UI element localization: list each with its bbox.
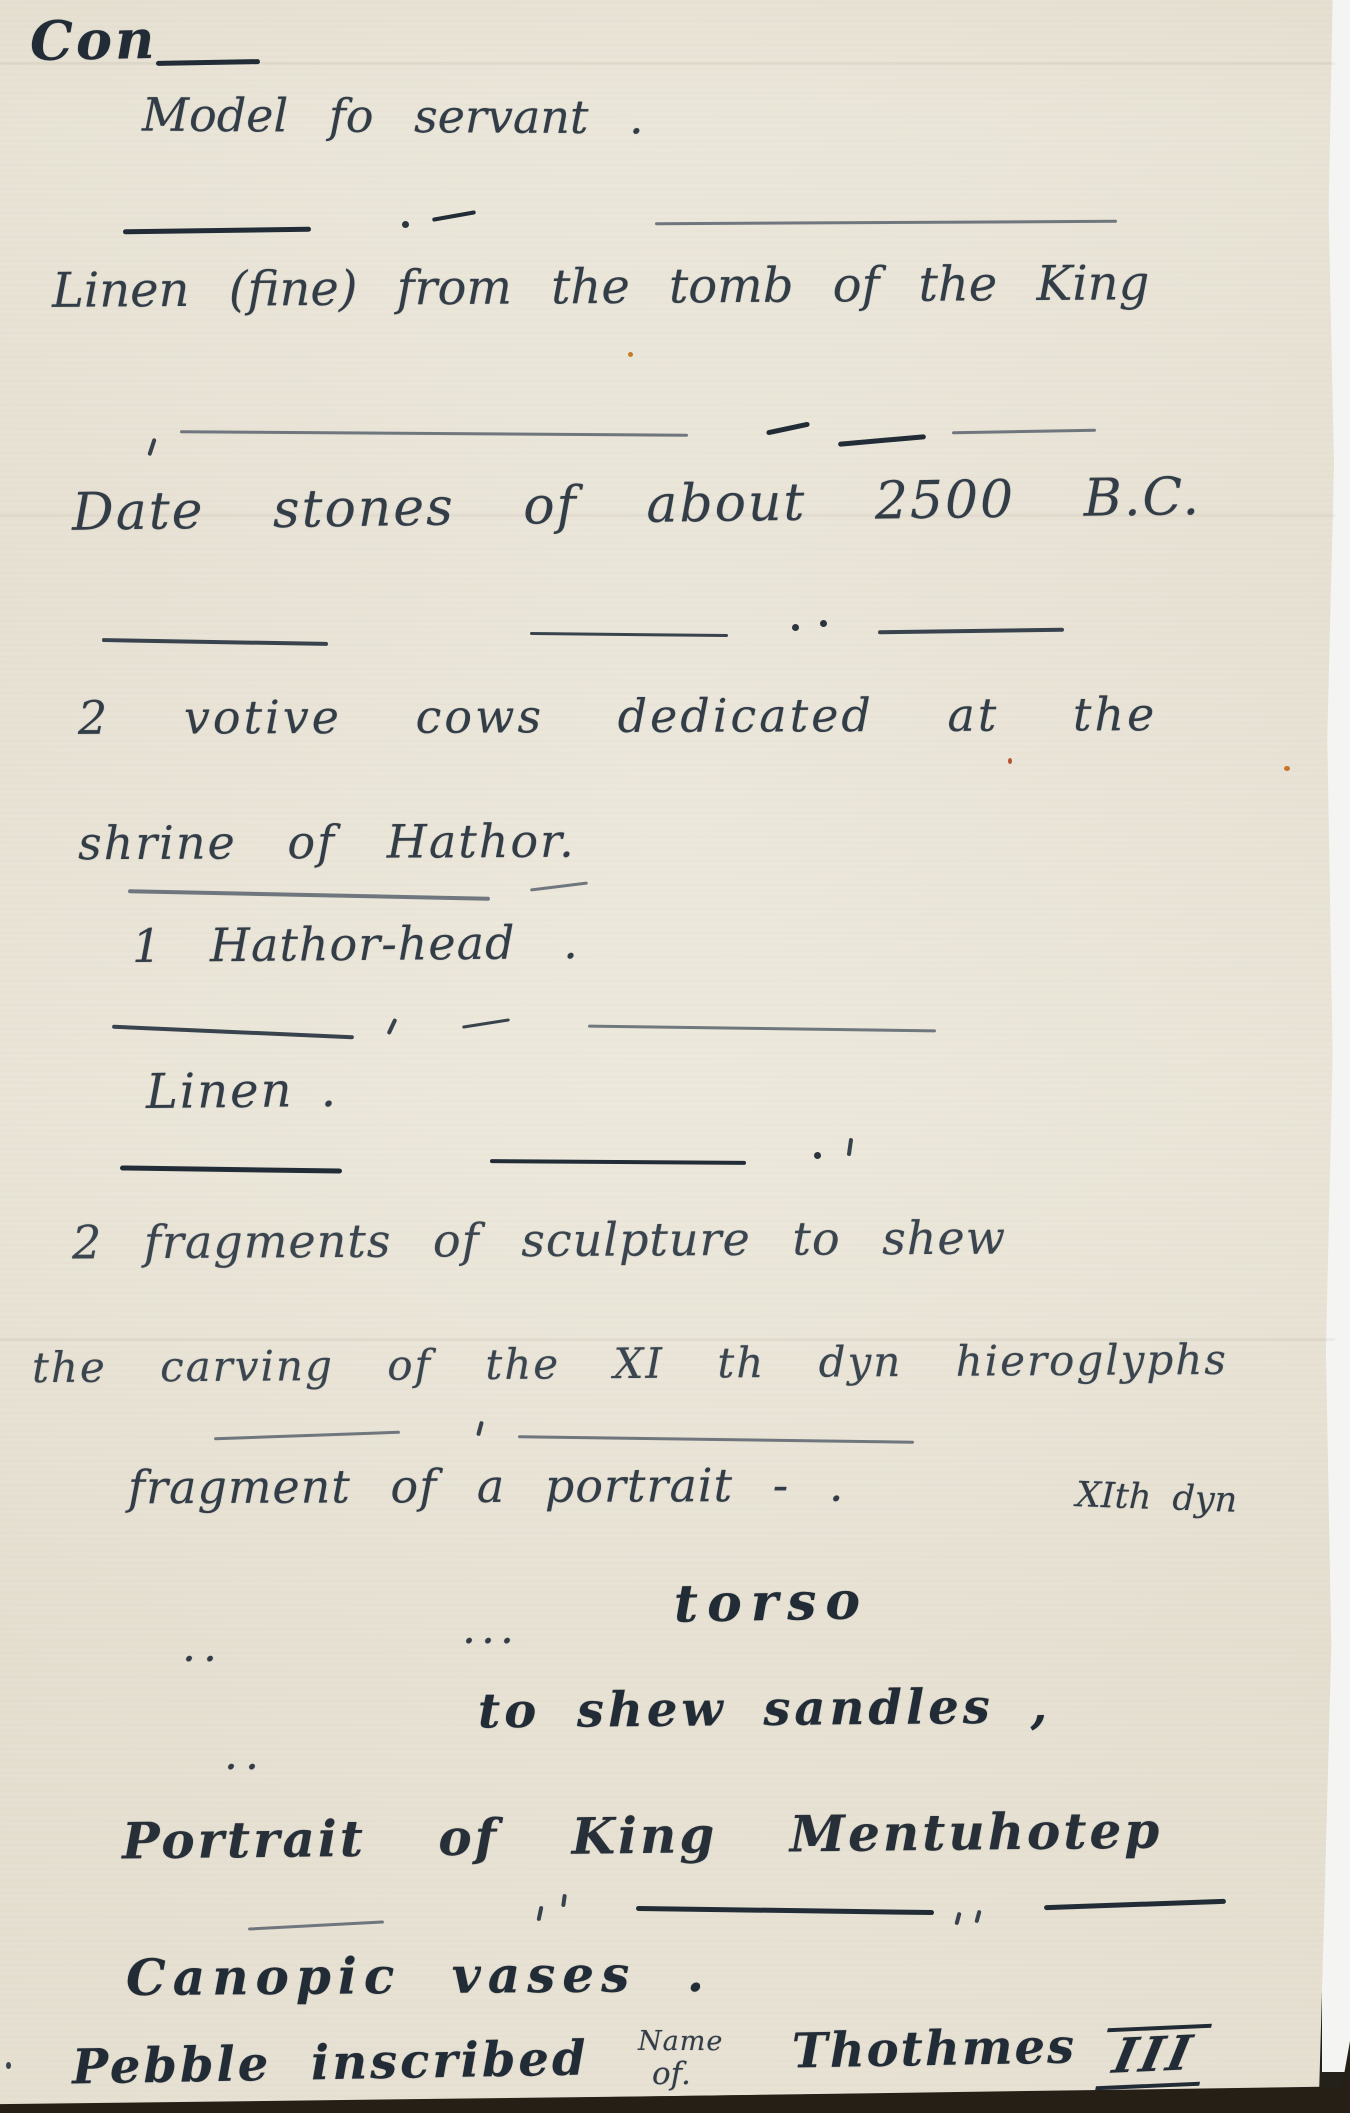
ditto-marks: .. — [224, 1732, 266, 1778]
ink-dot — [814, 1152, 821, 1159]
insert-name-text: Name — [638, 2028, 723, 2056]
ink-dot — [402, 221, 409, 228]
ditto-marks: .. — [182, 1624, 224, 1670]
line-pebble-inscribed: Pebble inscribed — [72, 2033, 589, 2092]
line-shew-sandles: to shew sandles , — [478, 1681, 1052, 1736]
line-votive-cows-2: shrine of Hathor. — [78, 817, 576, 868]
line-linen-fine: Linen (fine) from the tomb of the King — [52, 258, 1150, 316]
ink-speck — [6, 2062, 11, 2069]
scanned-note-page: Con Model fo servant . Linen (fine) from… — [0, 0, 1350, 2113]
line-thothmes: Thothmes — [792, 2022, 1077, 2077]
paper-speck — [1008, 758, 1012, 764]
line-portrait-king-mentuhotep: Portrait of King Mentuhotep — [122, 1805, 1163, 1868]
line-canopic-vases: Canopic vases . — [126, 1948, 711, 2005]
line-linen: Linen . — [146, 1065, 339, 1117]
line-portrait-fragment: fragment of a portrait - . — [128, 1461, 845, 1512]
line-fragments-2: the carving of the XI th dyn hieroglyphs — [32, 1338, 1228, 1390]
line-votive-cows-1: 2 votive cows dedicated at the — [78, 690, 1157, 742]
paper-speck — [1284, 766, 1290, 771]
ditto-marks: ... — [462, 1606, 519, 1652]
line-torso: torso — [674, 1574, 870, 1632]
ink-dot — [820, 620, 827, 627]
inserted-name-of-annotation: Name of. — [638, 2028, 723, 2091]
line-fragments-1: 2 fragments of sculpture to shew — [72, 1214, 1006, 1267]
line-model-servant: Model fo servant . — [142, 91, 644, 142]
line-hathor-head: 1 Hathor-head . — [132, 918, 579, 970]
ink-dot — [792, 624, 799, 631]
heading-con: Con — [30, 11, 158, 70]
line-portrait-fragment-dynasty-note: XIth dyn — [1075, 1477, 1237, 1519]
insert-of-text: of. — [652, 2058, 691, 2091]
roman-numeral-three: III — [1095, 2024, 1212, 2091]
paper-speck — [628, 352, 633, 357]
